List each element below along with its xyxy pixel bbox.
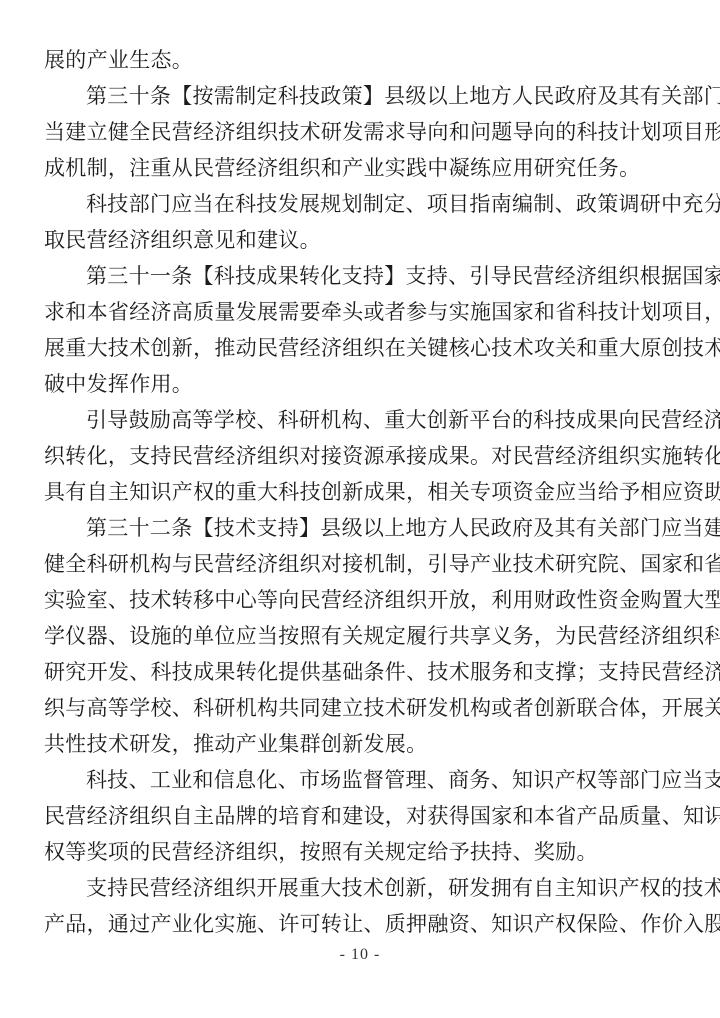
text-line: 取民营经济组织意见和建议。: [44, 222, 674, 258]
text-line: 织与高等学校、科研机构共同建立技术研发机构或者创新联合体，开展关键: [44, 690, 674, 726]
article-30-paragraph: 第三十条【按需制定科技政策】县级以上地方人民政府及其有关部门应 当建立健全民营经…: [44, 78, 674, 186]
article-31-paragraph: 第三十一条【科技成果转化支持】支持、引导民营经济组织根据国家需 求和本省经济高质…: [44, 258, 674, 402]
text-line: 科技、工业和信息化、市场监督管理、商务、知识产权等部门应当支持: [44, 762, 674, 798]
article-30-heading-line: 第三十条【按需制定科技政策】县级以上地方人民政府及其有关部门应: [44, 78, 674, 114]
article-32-paragraph: 第三十二条【技术支持】县级以上地方人民政府及其有关部门应当建立 健全科研机构与民…: [44, 510, 674, 762]
article-32-third-paragraph: 支持民营经济组织开展重大技术创新，研发拥有自主知识产权的技术和 产品，通过产业化…: [44, 870, 674, 942]
text-line: 学仪器、设施的单位应当按照有关规定履行共享义务，为民营经济组织科技: [44, 618, 674, 654]
article-32-heading-line: 第三十二条【技术支持】县级以上地方人民政府及其有关部门应当建立: [44, 510, 674, 546]
text-line: 产品，通过产业化实施、许可转让、质押融资、知识产权保险、作价入股等: [44, 906, 674, 942]
text-line: 共性技术研发，推动产业集群创新发展。: [44, 726, 674, 762]
text-line: 展重大技术创新，推动民营经济组织在关键核心技术攻关和重大原创技术突: [44, 330, 674, 366]
text-line: 研究开发、科技成果转化提供基础条件、技术服务和支撑；支持民营经济组: [44, 654, 674, 690]
text-line: 健全科研机构与民营经济组织对接机制，引导产业技术研究院、国家和省级: [44, 546, 674, 582]
text-line: 展的产业生态。: [44, 42, 674, 78]
text-line: 具有自主知识产权的重大科技创新成果，相关专项资金应当给予相应资助。: [44, 474, 674, 510]
text-line: 支持民营经济组织开展重大技术创新，研发拥有自主知识产权的技术和: [44, 870, 674, 906]
text-line: 织转化，支持民营经济组织对接资源承接成果。对民营经济组织实施转化的: [44, 438, 674, 474]
continuation-paragraph: 展的产业生态。: [44, 42, 674, 78]
text-line: 科技部门应当在科技发展规划制定、项目指南编制、政策调研中充分听: [44, 186, 674, 222]
page-number: - 10 -: [0, 946, 720, 964]
text-line: 破中发挥作用。: [44, 366, 674, 402]
text-line: 民营经济组织自主品牌的培育和建设，对获得国家和本省产品质量、知识产: [44, 798, 674, 834]
article-30-second-paragraph: 科技部门应当在科技发展规划制定、项目指南编制、政策调研中充分听 取民营经济组织意…: [44, 186, 674, 258]
article-32-second-paragraph: 科技、工业和信息化、市场监督管理、商务、知识产权等部门应当支持 民营经济组织自主…: [44, 762, 674, 870]
text-line: 当建立健全民营经济组织技术研发需求导向和问题导向的科技计划项目形: [44, 114, 674, 150]
text-line: 引导鼓励高等学校、科研机构、重大创新平台的科技成果向民营经济组: [44, 402, 674, 438]
text-line: 权等奖项的民营经济组织，按照有关规定给予扶持、奖励。: [44, 834, 674, 870]
document-page: 展的产业生态。 第三十条【按需制定科技政策】县级以上地方人民政府及其有关部门应 …: [44, 42, 674, 942]
article-31-second-paragraph: 引导鼓励高等学校、科研机构、重大创新平台的科技成果向民营经济组 织转化，支持民营…: [44, 402, 674, 510]
article-31-heading-line: 第三十一条【科技成果转化支持】支持、引导民营经济组织根据国家需: [44, 258, 674, 294]
text-line: 成机制，注重从民营经济组织和产业实践中凝练应用研究任务。: [44, 150, 674, 186]
text-line: 求和本省经济高质量发展需要牵头或者参与实施国家和省科技计划项目，开: [44, 294, 674, 330]
text-line: 实验室、技术转移中心等向民营经济组织开放，利用财政性资金购置大型科: [44, 582, 674, 618]
